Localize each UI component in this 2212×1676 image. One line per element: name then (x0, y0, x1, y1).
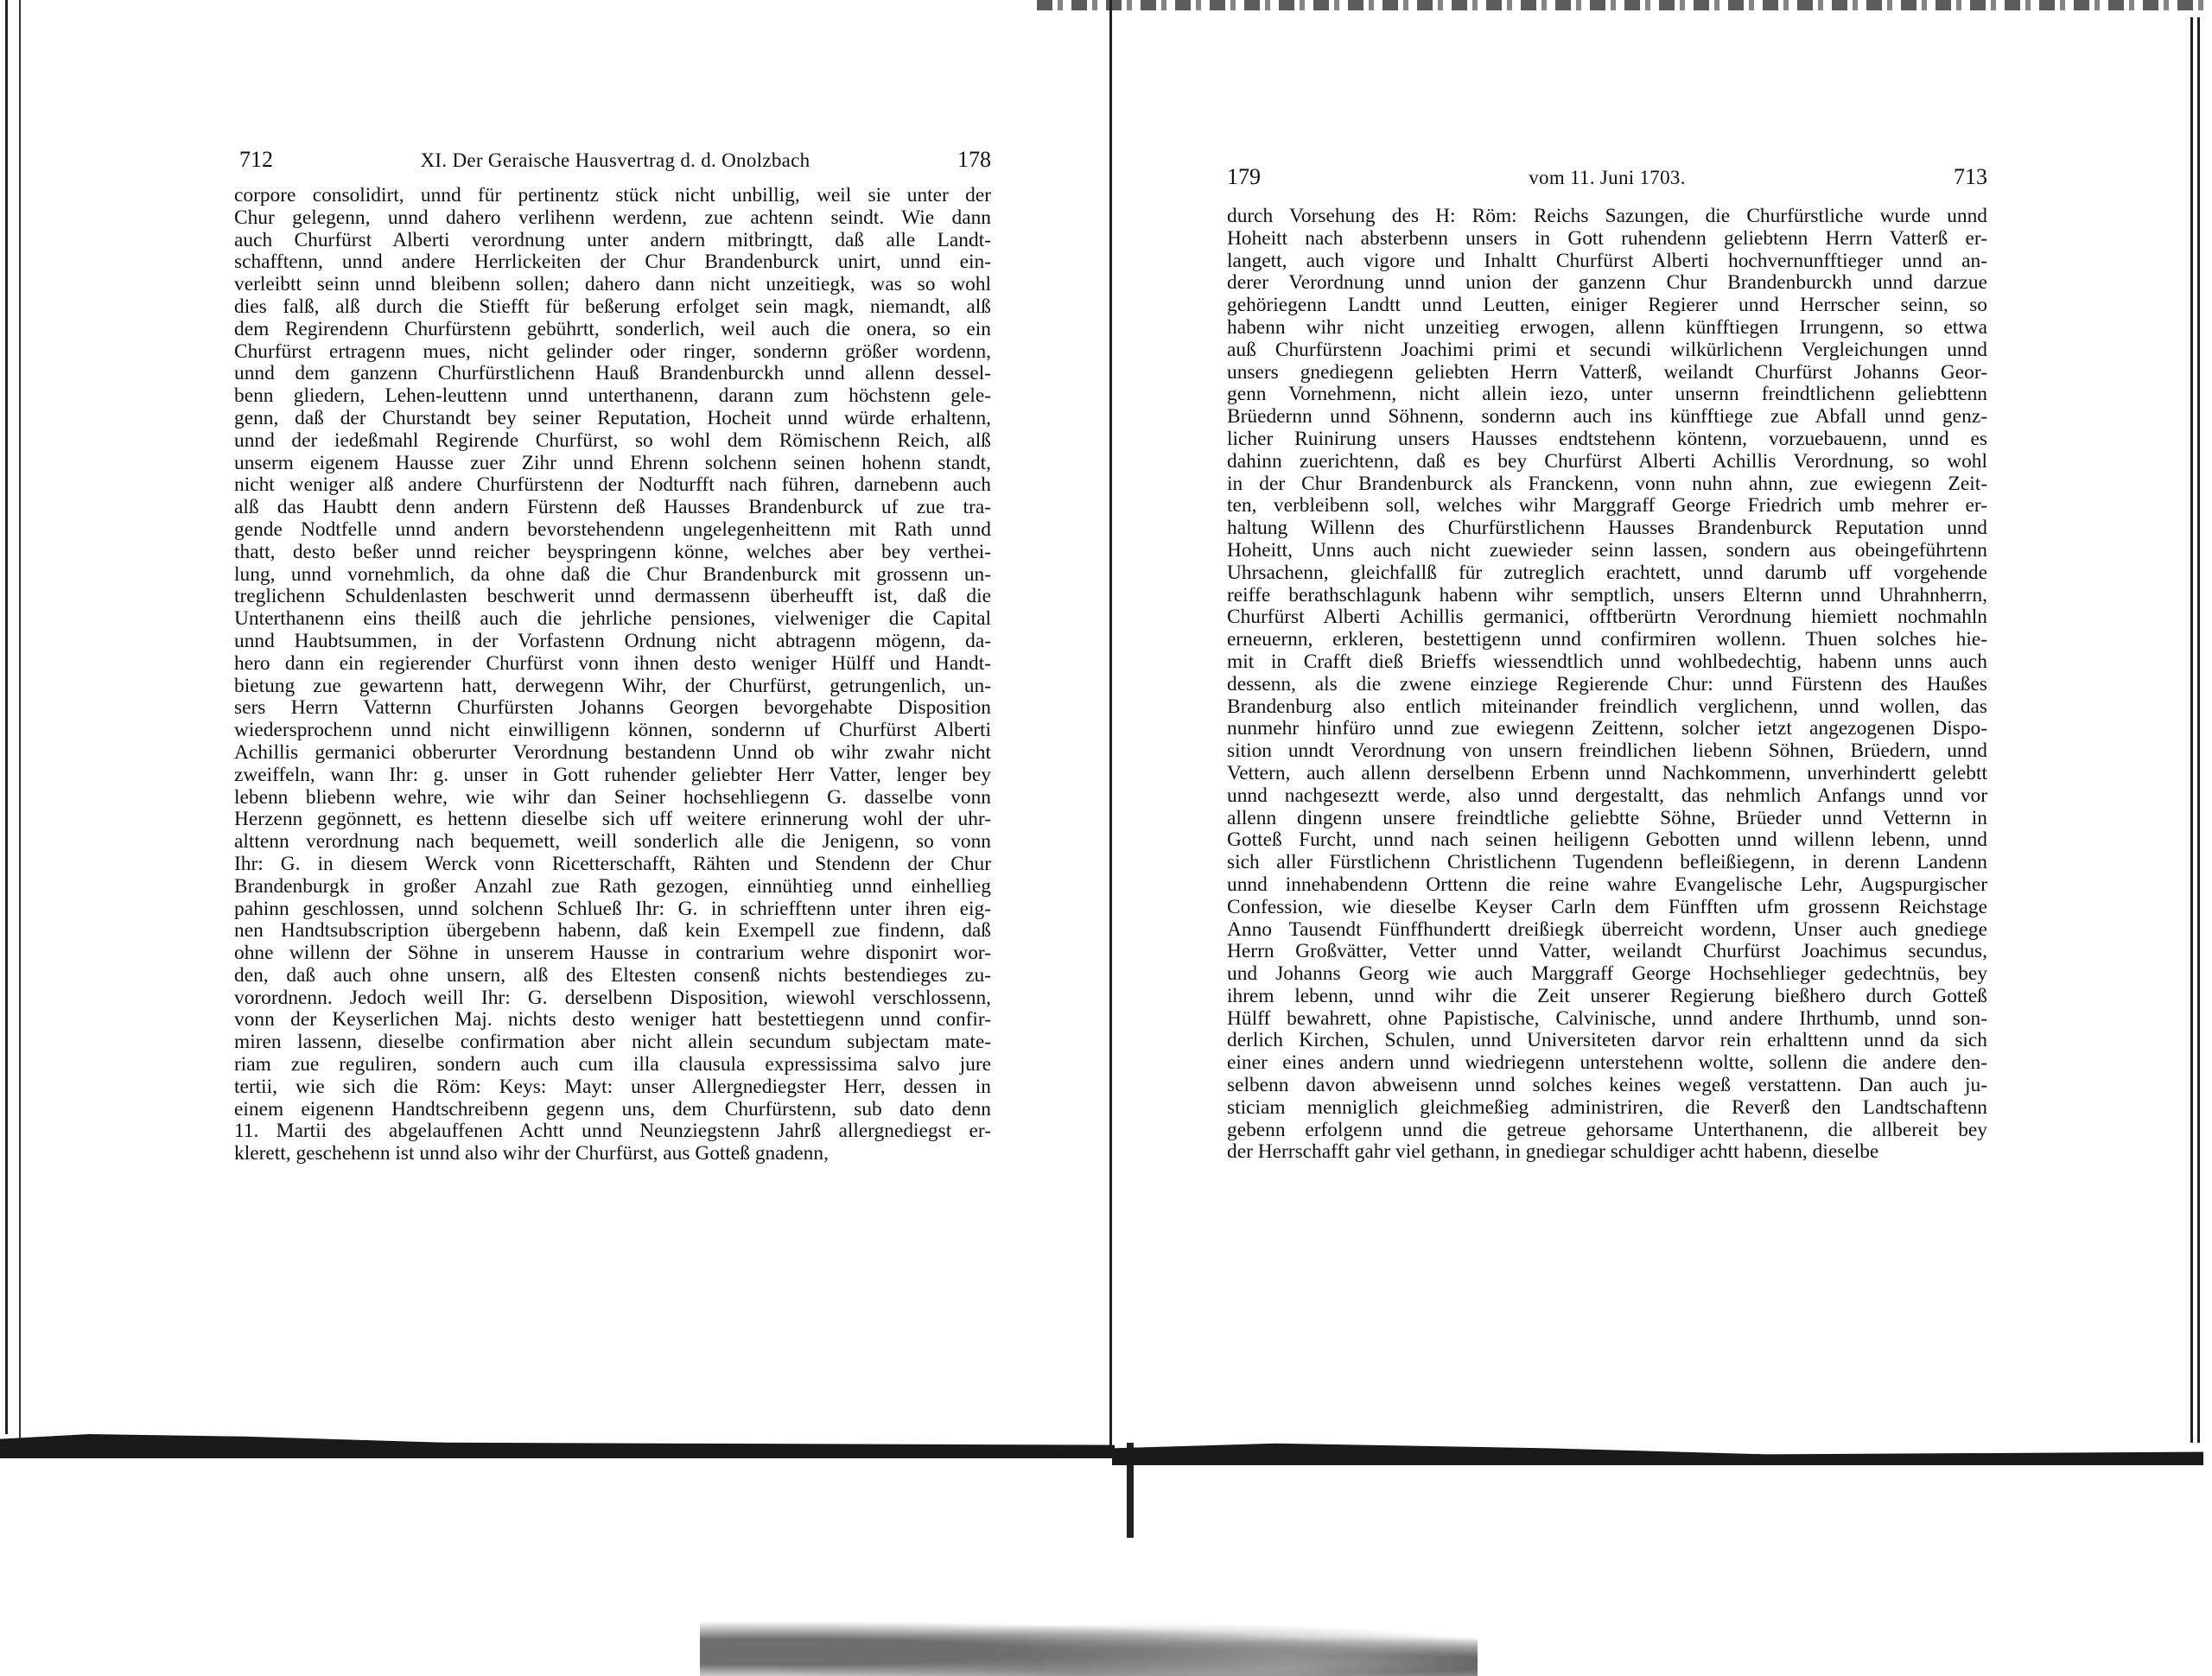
text-line: den, daß auch ohne unsern, alß des Eltes… (234, 965, 991, 987)
text-line: Herrn Großvätter, Vetter unnd Vatter, we… (1227, 941, 1987, 963)
text-line: erneuernn, erkleren, bestettigenn unnd c… (1227, 629, 1987, 651)
text-line: allenn dingenn unsere freindtliche gelie… (1227, 808, 1987, 830)
text-line: langett, auch vigore und Inhaltt Churfür… (1227, 251, 1987, 273)
text-line: schafftenn, unnd andere Herrlickeiten de… (234, 251, 991, 274)
text-line: alttenn verordnung nach bequemett, weill… (234, 831, 991, 854)
text-line: wiedersprochenn unnd nicht einwilligenn … (234, 720, 991, 742)
text-line: benn gliedern, Lehen-leuttenn unnd unter… (234, 385, 991, 408)
text-line: gebenn erfolgenn unnd die getreue gehors… (1227, 1120, 1987, 1142)
text-line: und Johanns Georg wie auch Marggraff Geo… (1227, 963, 1987, 986)
text-line: pahinn geschlossen, unnd solchenn Schlue… (234, 898, 991, 921)
left-page: 712 XI. Der Geraische Hausvertrag d. d. … (239, 147, 991, 1165)
scan-smudge (700, 1616, 1478, 1676)
text-line: unnd innehabendenn Orttenn die reine wah… (1227, 874, 1987, 897)
text-line: unnd Haubtsummen, in der Vorfastenn Ordn… (234, 631, 991, 653)
text-line: derer Verordnung unnd union der ganzenn … (1227, 272, 1987, 295)
text-line: dessenn, als die zwene einziege Regieren… (1227, 674, 1987, 696)
text-line: vorordnenn. Jedoch weill Ihr: G. derselb… (234, 987, 991, 1010)
text-line: auch Churfürst Alberti verordnung unter … (234, 230, 991, 252)
left-body-text: corpore consolidirt, unnd für pertinentz… (234, 185, 991, 1165)
page-number: 712 (239, 147, 273, 173)
text-line: Hoheitt nach absterbenn unsers in Gott r… (1227, 228, 1987, 251)
text-line: Churfürst ertragenn mues, nicht gelinder… (234, 341, 991, 364)
book-gutter (1109, 0, 1112, 1451)
text-line: Uhrsachenn, gleichfallß für zutreglich e… (1227, 562, 1987, 585)
text-line: Unterthanenn eins theilß auch die jehrli… (234, 608, 991, 631)
text-line: reiffe berathschlagunk habenn wihr sempt… (1227, 585, 1987, 607)
text-line: einer eines andern unnd wiedriegenn unte… (1227, 1052, 1987, 1075)
text-line: selbenn davon abweisenn unnd solches kei… (1227, 1075, 1987, 1097)
text-line: unnd dem ganzenn Churfürstlichenn Hauß B… (234, 363, 991, 385)
text-line: bietung zue gewartenn hatt, derwegenn Wi… (234, 676, 991, 698)
text-line: thatt, desto beßer unnd reicher beysprin… (234, 542, 991, 564)
text-line: mit in Crafft dieß Brieffs wiessendtlich… (1227, 651, 1987, 674)
scan-top-edge (1037, 0, 2212, 10)
text-line: sticiam menniglich gleichmeßieg administ… (1227, 1097, 1987, 1120)
text-line: corpore consolidirt, unnd für pertinentz… (234, 185, 991, 207)
text-line: vonn der Keyserlichen Maj. nichts desto … (234, 1009, 991, 1032)
text-line: unnd der iedeßmahl Regirende Churfürst, … (234, 430, 991, 453)
text-line: unserm eigenem Hausse zuer Zihr unnd Ehr… (234, 453, 991, 475)
text-line: genn Vornehmenn, nicht allein iezo, unte… (1227, 384, 1987, 406)
right-running-head: 179 vom 11. Juni 1703. 713 (1227, 164, 1987, 199)
text-line: verleibtt seinn unnd bleibenn sollen; da… (234, 274, 991, 296)
text-line: alß das Haubtt denn andern Fürstenn deß … (234, 497, 991, 519)
text-line: hero dann ein regierender Churfürst vonn… (234, 653, 991, 676)
scan-bottom-shadow-left (0, 1434, 1115, 1458)
section-number: 178 (957, 147, 991, 173)
text-line: einem eigenenn Handtschreibenn gegenn un… (234, 1099, 991, 1121)
text-line: dies falß, alß durch die Stiefft für beß… (234, 296, 991, 319)
text-line: Ihr: G. in diesem Werck vonn Ricettersch… (234, 854, 991, 876)
text-line: unnd nachgeseztt werde, also unnd derges… (1227, 785, 1987, 808)
text-line: ohne willenn der Söhne in unserem Hausse… (234, 943, 991, 965)
running-title: XI. Der Geraische Hausvertrag d. d. Onol… (421, 149, 810, 172)
text-line: sers Herrn Vatternn Churfürsten Johanns … (234, 697, 991, 720)
section-number: 179 (1227, 164, 1261, 190)
text-line: auß Churfürstenn Joachimi primi et secun… (1227, 340, 1987, 362)
text-line: Hülff bewahrett, ohne Papistische, Calvi… (1227, 1008, 1987, 1031)
text-line: ihrem lebenn, unnd wihr die Zeit unserer… (1227, 986, 1987, 1008)
left-running-head: 712 XI. Der Geraische Hausvertrag d. d. … (239, 147, 991, 181)
scan-left-border (0, 0, 8, 1434)
text-line: nicht weniger alß andere Churfürstenn de… (234, 474, 991, 497)
text-line: Confession, wie dieselbe Keyser Carln de… (1227, 897, 1987, 919)
page-number: 713 (1954, 164, 1987, 190)
text-line: lebenn bliebenn wehre, wie wihr dan Sein… (234, 787, 991, 809)
text-line: durch Vorsehung des H: Röm: Reichs Sazun… (1227, 206, 1987, 228)
text-line: miren lassenn, dieselbe confirmation abe… (234, 1032, 991, 1054)
text-line: treglichenn Schuldenlasten beschwerit un… (234, 586, 991, 608)
text-line: der Herrschafft gahr viel gethann, in gn… (1227, 1141, 1987, 1164)
text-line: klerett, geschehenn ist unnd also wihr d… (234, 1143, 991, 1165)
text-line: Chur gelegenn, unnd dahero verlihenn wer… (234, 207, 991, 230)
running-title: vom 11. Juni 1703. (1529, 167, 1686, 189)
text-line: Churfürst Alberti Achillis germanici, of… (1227, 606, 1987, 629)
text-line: dahinn zuerichtenn, daß es bey Churfürst… (1227, 451, 1987, 473)
text-line: Brandenburgk in großer Anzahl zue Rath g… (234, 876, 991, 898)
text-line: Anno Tausendt Fünffhundertt dreißiegk üb… (1227, 919, 1987, 942)
right-page: 179 vom 11. Juni 1703. 713 durch Vorsehu… (1227, 164, 1987, 1164)
text-line: haltung Willenn des Churfürstlichenn Hau… (1227, 517, 1987, 540)
text-line: Brüedernn unnd Söhnenn, sondernn auch in… (1227, 406, 1987, 429)
text-line: in der Chur Brandenburck als Franckenn, … (1227, 473, 1987, 496)
text-line: gehöriegenn Landtt unnd Leutten, einiger… (1227, 295, 1987, 317)
text-line: habenn wihr nicht unzeitieg erwogen, all… (1227, 317, 1987, 340)
text-line: 11. Martii des abgelauffenen Achtt unnd … (234, 1121, 991, 1143)
scan-bottom-shadow-right (1112, 1441, 2203, 1465)
text-line: unsers gnediegenn geliebten Herrn Vatter… (1227, 362, 1987, 384)
text-line: Vettern, auch allenn derselbenn Erbenn u… (1227, 763, 1987, 785)
text-line: Gotteß Furcht, unnd nach seinen heiligen… (1227, 829, 1987, 852)
text-line: zweiffeln, wann Ihr: g. unser in Gott ru… (234, 765, 991, 787)
text-line: gende Nodtfelle unnd andern bevorstehend… (234, 519, 991, 542)
text-line: lung, unnd vornehmlich, da ohne daß die … (234, 564, 991, 587)
right-body-text: durch Vorsehung des H: Röm: Reichs Sazun… (1227, 206, 1987, 1164)
text-line: nunmehr hinfüro unnd zue ewiegenn Zeitte… (1227, 718, 1987, 740)
text-line: tertii, wie sich die Röm: Keys: Mayt: un… (234, 1076, 991, 1099)
text-line: Brandenburg also entlich miteinander fre… (1227, 696, 1987, 719)
text-line: Achillis germanici obberurter Verordnung… (234, 742, 991, 765)
text-line: genn, daß der Churstandt bey seiner Repu… (234, 408, 991, 430)
scan-right-border (2190, 17, 2200, 1443)
scan-left-border-inner (19, 0, 21, 1443)
text-line: Hoheitt, Unns auch nicht zuewieder seinn… (1227, 540, 1987, 562)
text-line: dem Regirendenn Churfürstenn gebührtt, s… (234, 319, 991, 341)
text-line: sich aller Fürstlichenn Christlichenn Tu… (1227, 852, 1987, 874)
text-line: ten, verbleibenn soll, welches wihr Marg… (1227, 495, 1987, 517)
text-line: licher Ruinirung unsers Hausses endtsteh… (1227, 429, 1987, 451)
text-line: Herzenn gegönnett, es hettenn dieselbe s… (234, 809, 991, 831)
text-line: sition unndt Verordnung von unsern frein… (1227, 740, 1987, 763)
text-line: riam zue reguliren, sondern auch cum ill… (234, 1054, 991, 1076)
text-line: derlich Kirchen, Schulen, unnd Universit… (1227, 1030, 1987, 1052)
text-line: nen Handtsubscription übergebenn habenn,… (234, 920, 991, 943)
